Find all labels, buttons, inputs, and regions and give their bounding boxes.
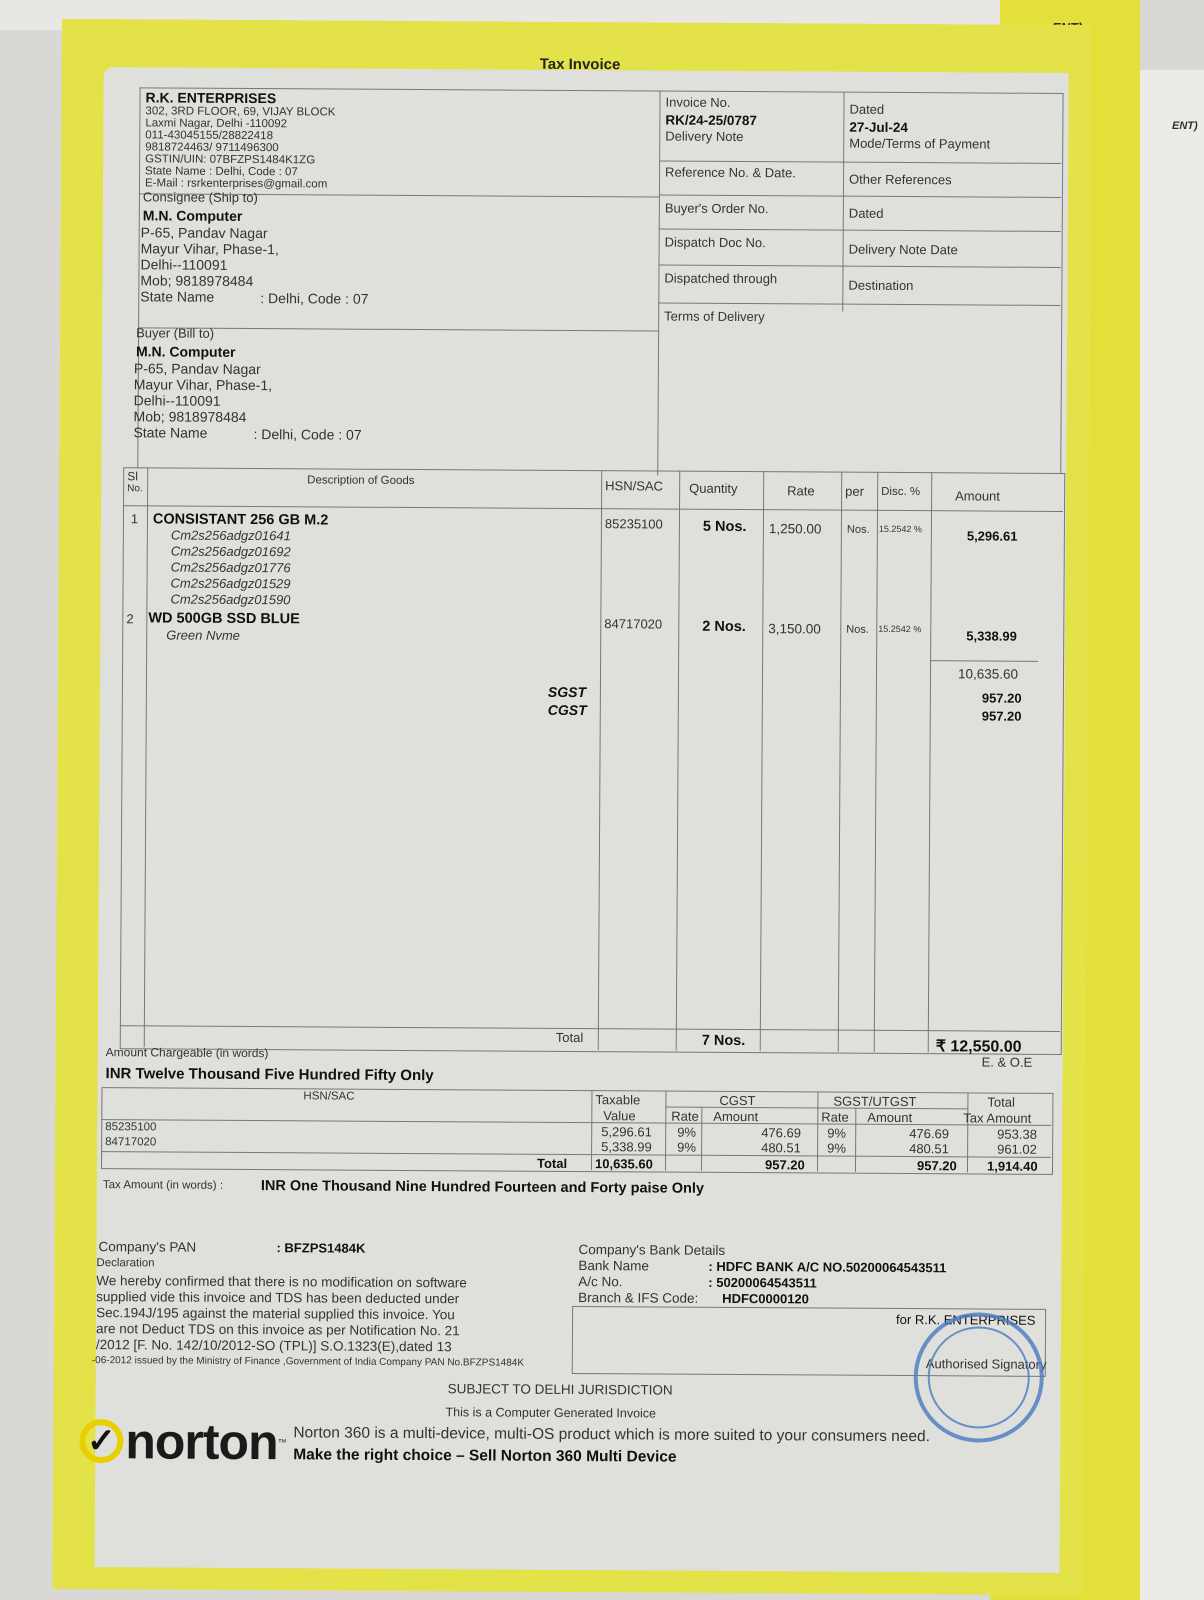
- tax-col-sgst-amount: Amount: [867, 1110, 912, 1125]
- declaration-line: /2012 [F. No. 142/10/2012-SO (TPL)] S.O.…: [96, 1337, 452, 1354]
- row-hsn: 84717020: [604, 616, 662, 631]
- declaration-line: supplied vide this invoice and TDS has b…: [96, 1289, 459, 1306]
- declaration-label: Declaration: [96, 1257, 154, 1269]
- row-quantity: 2 Nos.: [702, 619, 746, 635]
- account-label: A/c No.: [578, 1274, 622, 1289]
- dispatch-doc-label: Dispatch Doc No.: [665, 235, 766, 251]
- consignee-mobile: Mob; 9818978484: [140, 272, 253, 289]
- eoe-label: E. & O.E: [982, 1054, 1033, 1069]
- buyer-state-label: State Name: [133, 424, 207, 440]
- seller-gstin: GSTIN/UIN: 07BFZPS1484K1ZG: [145, 153, 315, 166]
- amount-words: INR Twelve Thousand Five Hundred Fifty O…: [106, 1065, 434, 1084]
- norton-wordmark: norton: [125, 1412, 278, 1471]
- tax-total-tax: 1,914.40: [987, 1159, 1038, 1174]
- tax-row-total: 953.38: [997, 1127, 1037, 1142]
- tax-row-sgst-rate: 9%: [827, 1141, 846, 1156]
- tax-row-sgst-rate: 9%: [827, 1126, 846, 1141]
- row-disc: 15.2542 %: [879, 524, 922, 534]
- tax-col-cgst: CGST: [719, 1093, 755, 1108]
- row-disc: 15.2542 %: [878, 624, 921, 634]
- subtotal: 10,635.60: [958, 666, 1018, 681]
- row-rate: 1,250.00: [769, 521, 822, 536]
- total-amount: ₹ 12,550.00: [936, 1036, 1022, 1057]
- tax-row-sgst-amount: 480.51: [909, 1141, 949, 1156]
- tax-total-taxable: 10,635.60: [595, 1156, 653, 1171]
- consignee-name: M.N. Computer: [143, 207, 243, 224]
- tax-col-total: Total: [987, 1095, 1015, 1110]
- row-amount: 5,296.61: [967, 528, 1018, 543]
- computer-generated-note: This is a Computer Generated Invoice: [445, 1405, 656, 1420]
- reference-label: Reference No. & Date.: [665, 165, 796, 181]
- advert-line-2: Make the right choice – Sell Norton 360 …: [293, 1446, 676, 1466]
- col-description: Description of Goods: [307, 474, 414, 487]
- tax-row-cgst-amount: 476.69: [761, 1125, 801, 1140]
- row-detail: Cm2s256adgz01776: [171, 560, 291, 576]
- background-sheet-right: [1140, 70, 1204, 1600]
- tax-total-label: Total: [537, 1156, 567, 1171]
- tax-row-cgst-rate: 9%: [677, 1140, 696, 1155]
- tax-row-sgst-amount: 476.69: [909, 1126, 949, 1141]
- pan-label: Company's PAN: [98, 1239, 196, 1255]
- cgst-amount: 957.20: [982, 708, 1022, 723]
- row-rate: 3,150.00: [768, 621, 821, 636]
- row-amount: 5,338.99: [966, 628, 1017, 643]
- seller-name: R.K. ENTERPRISES: [145, 89, 276, 106]
- buyer-mobile: Mob; 9818978484: [134, 408, 247, 425]
- trademark-symbol: ™: [278, 1437, 287, 1447]
- delivery-note-date-label: Delivery Note Date: [849, 242, 958, 258]
- tax-total-cgst: 957.20: [765, 1157, 805, 1172]
- other-references-label: Other References: [849, 172, 952, 188]
- row-description: WD 500GB SSD BLUE: [148, 610, 300, 627]
- buyer-state-value: : Delhi, Code : 07: [253, 426, 361, 443]
- norton-logo: ✓ norton ™: [79, 1412, 287, 1471]
- seller-address-2: Laxmi Nagar, Delhi -110092: [145, 117, 287, 130]
- row-description: CONSISTANT 256 GB M.2: [153, 511, 328, 528]
- seller-phone-1: 011-43045155/28822418: [145, 129, 273, 142]
- declaration-line: Sec.194J/195 against the material suppli…: [96, 1305, 455, 1322]
- row-detail: Green Nvme: [166, 628, 240, 643]
- terms-of-delivery-label: Terms of Delivery: [664, 309, 765, 325]
- dated-label: Dated: [849, 102, 884, 117]
- row-per: Nos.: [847, 524, 870, 536]
- invoice-no-label: Invoice No.: [665, 95, 730, 110]
- tax-row-hsn: 85235100: [105, 1121, 156, 1133]
- buyer-label: Buyer (Bill to): [136, 325, 214, 340]
- tax-words: INR One Thousand Nine Hundred Fourteen a…: [261, 1178, 704, 1197]
- tax-col-taxable: Taxable: [595, 1092, 640, 1107]
- consignee-label: Consignee (Ship to): [143, 189, 258, 205]
- invoice-sheet: Tax Invoice (ORIGINAL FOR RECIPIENT) R.K…: [52, 19, 1092, 1595]
- seller-email: E-Mail : rsrkenterprises@gmail.com: [145, 177, 327, 190]
- declaration-line: are not Deduct TDS on this invoice as pe…: [96, 1321, 460, 1338]
- tax-col-taxable-sub: Value: [603, 1108, 635, 1123]
- tax-col-cgst-rate: Rate: [671, 1109, 699, 1124]
- buyers-order-dated-label: Dated: [849, 206, 884, 221]
- row-per: Nos.: [846, 624, 869, 636]
- jurisdiction: SUBJECT TO DELHI JURISDICTION: [448, 1381, 673, 1397]
- total-quantity: 7 Nos.: [702, 1033, 746, 1049]
- declaration-line: We hereby confirmed that there is no mod…: [96, 1273, 467, 1290]
- sgst-label: SGST: [548, 684, 586, 700]
- account-value: : 50200064543511: [708, 1275, 817, 1291]
- tax-col-sgst: SGST/UTGST: [833, 1094, 916, 1110]
- consignee-address-1: P-65, Pandav Nagar: [141, 224, 268, 241]
- bank-name-value: : HDFC BANK A/C NO.50200064543511: [708, 1259, 946, 1275]
- col-hsn: HSN/SAC: [605, 478, 663, 493]
- total-label: Total: [556, 1030, 584, 1045]
- branch-value: HDFC0000120: [722, 1291, 809, 1307]
- cgst-label: CGST: [548, 702, 587, 718]
- company-stamp: [913, 1312, 1044, 1443]
- tax-row-cgst-rate: 9%: [677, 1125, 696, 1140]
- consignee-address-3: Delhi--110091: [140, 256, 227, 273]
- buyer-address-2: Mayur Vihar, Phase-1,: [134, 376, 272, 393]
- buyer-address-1: P-65, Pandav Nagar: [134, 360, 261, 377]
- advert-line-1: Norton 360 is a multi-device, multi-OS p…: [293, 1424, 930, 1446]
- col-per: per: [845, 484, 864, 499]
- row-hsn: 85235100: [605, 516, 663, 531]
- row-detail: Cm2s256adgz01692: [171, 544, 291, 560]
- consignee-state-value: : Delhi, Code : 07: [260, 290, 368, 307]
- payment-terms-label: Mode/Terms of Payment: [849, 136, 990, 152]
- consignee-address-2: Mayur Vihar, Phase-1,: [141, 240, 279, 257]
- invoice-date: 27-Jul-24: [849, 120, 908, 135]
- tax-col-hsn: HSN/SAC: [303, 1090, 354, 1102]
- tax-words-label: Tax Amount (in words) :: [103, 1179, 223, 1192]
- col-quantity: Quantity: [689, 481, 738, 496]
- row-detail: Cm2s256adgz01641: [171, 528, 291, 544]
- row-sl: 1: [131, 511, 138, 526]
- tax-col-sgst-rate: Rate: [821, 1110, 849, 1125]
- pan-value: : BFZPS1484K: [276, 1240, 365, 1256]
- buyer-address-3: Delhi--110091: [134, 392, 221, 409]
- invoice-paper: R.K. ENTERPRISES 302, 3RD FLOOR, 69, VIJ…: [95, 67, 1069, 1573]
- destination-label: Destination: [848, 278, 913, 293]
- branch-label: Branch & IFS Code:: [578, 1290, 698, 1306]
- declaration-last-line: -06-2012 issued by the Ministry of Finan…: [92, 1355, 524, 1369]
- col-rate: Rate: [787, 483, 815, 498]
- dispatched-through-label: Dispatched through: [664, 271, 777, 287]
- row-detail: Cm2s256adgz01529: [171, 576, 291, 592]
- consignee-state-label: State Name: [140, 288, 214, 304]
- delivery-note-label: Delivery Note: [665, 129, 743, 144]
- sgst-amount: 957.20: [982, 690, 1022, 705]
- side-sheet-label-right: ENT): [1172, 120, 1198, 132]
- bank-title: Company's Bank Details: [578, 1242, 725, 1258]
- col-disc: Disc. %: [881, 486, 920, 498]
- seller-state: State Name : Delhi, Code : 07: [145, 165, 298, 178]
- row-detail: Cm2s256adgz01590: [170, 592, 290, 608]
- row-sl: 2: [126, 611, 133, 626]
- amount-words-label: Amount Chargeable (in words): [106, 1045, 269, 1060]
- tax-total-sgst: 957.20: [917, 1158, 957, 1173]
- invoice-no: RK/24-25/0787: [665, 113, 757, 129]
- buyers-order-label: Buyer's Order No.: [665, 201, 769, 217]
- bank-name-label: Bank Name: [578, 1258, 649, 1273]
- col-amount: Amount: [955, 488, 1000, 503]
- seller-phone-2: 9818724463/ 9711496300: [145, 141, 279, 154]
- tax-row-hsn: 84717020: [105, 1136, 156, 1148]
- tax-row-cgst-amount: 480.51: [761, 1140, 801, 1155]
- buyer-name: M.N. Computer: [136, 343, 236, 360]
- col-sl: Sl: [127, 469, 138, 483]
- tax-col-cgst-amount: Amount: [713, 1109, 758, 1124]
- checkmark-icon: ✓: [79, 1419, 123, 1463]
- col-sl-sub: No.: [127, 483, 143, 494]
- tax-row-taxable: 5,338.99: [601, 1139, 652, 1154]
- row-quantity: 5 Nos.: [703, 519, 747, 535]
- tax-row-taxable: 5,296.61: [601, 1124, 652, 1139]
- tax-row-total: 961.02: [997, 1142, 1037, 1157]
- tax-col-total-sub: Tax Amount: [963, 1110, 1031, 1125]
